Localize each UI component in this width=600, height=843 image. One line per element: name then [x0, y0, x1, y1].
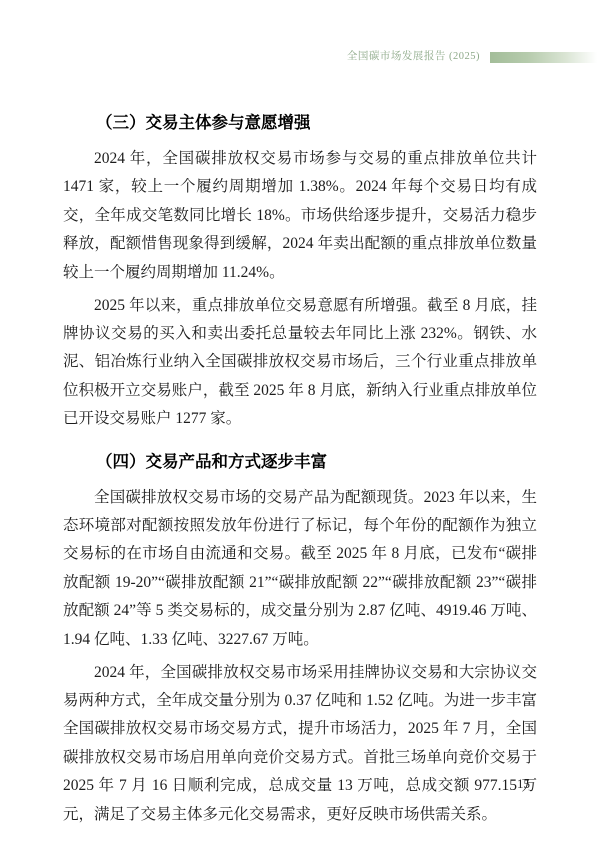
document-page: 全国碳市场发展报告 (2025) （三）交易主体参与意愿增强 2024 年，全国… — [0, 0, 600, 843]
section-heading-4: （四）交易产品和方式逐步丰富 — [63, 447, 537, 477]
paragraph: 2025 年以来，重点排放单位交易意愿有所增强。截至 8 月底，挂牌协议交易的买… — [63, 292, 537, 434]
report-title: 全国碳市场发展报告 (2025) — [347, 50, 480, 64]
page-content: （三）交易主体参与意愿增强 2024 年，全国碳排放权交易市场参与交易的重点排放… — [63, 100, 537, 833]
section-heading-3: （三）交易主体参与意愿增强 — [63, 108, 537, 138]
page-number: 15 — [517, 776, 530, 792]
paragraph: 2024 年，全国碳排放权交易市场采用挂牌协议交易和大宗协议交易两种方式，全年成… — [63, 659, 537, 829]
paragraph: 全国碳排放权交易市场的交易产品为配额现货。2023 年以来，生态环境部对配额按照… — [63, 484, 537, 654]
header-accent-bar — [490, 52, 597, 63]
paragraph: 2024 年，全国碳排放权交易市场参与交易的重点排放单位共计 1471 家，较上… — [63, 145, 537, 287]
running-header: 全国碳市场发展报告 (2025) — [0, 50, 600, 64]
